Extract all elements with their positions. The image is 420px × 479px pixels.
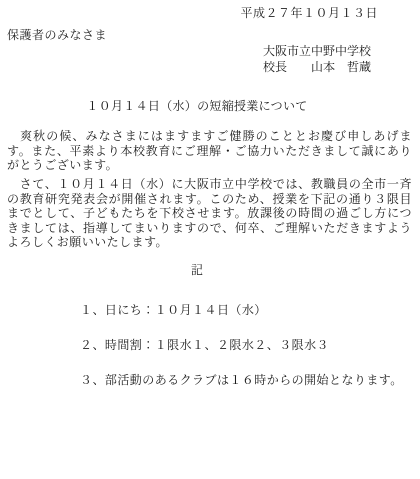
recipient-line: 保護者のみなさま xyxy=(7,28,107,43)
sender-block: 大阪市立中野中学校 校長 山本 哲蔵 xyxy=(263,43,371,75)
ki-marker: 記 xyxy=(0,263,394,278)
body-paragraph-1: 爽秋の候、みなさまにはますますご健勝のこととお慶び申しあげます。また、平素より本… xyxy=(7,129,412,173)
list-item-timetable: ２、時間割：１限水１、２限水２、３限水３ xyxy=(80,338,329,353)
document-date: 平成２７年１０月１３日 xyxy=(240,6,378,21)
school-name: 大阪市立中野中学校 xyxy=(263,43,371,59)
principal-name: 校長 山本 哲蔵 xyxy=(263,59,371,75)
document-page: 平成２７年１０月１３日 保護者のみなさま 大阪市立中野中学校 校長 山本 哲蔵 … xyxy=(0,0,420,479)
body-paragraph-2: さて、１０月１４日（水）に大阪市立中学校では、教職員の全市一斉の教育研究発表会が… xyxy=(7,177,412,250)
list-item-date: １、日にち：１０月１４日（水） xyxy=(80,303,267,318)
document-title: １０月１４日（水）の短縮授業について xyxy=(0,99,394,114)
list-item-club-activity: ３、部活動のあるクラブは１６時からの開始となります。 xyxy=(80,373,403,388)
